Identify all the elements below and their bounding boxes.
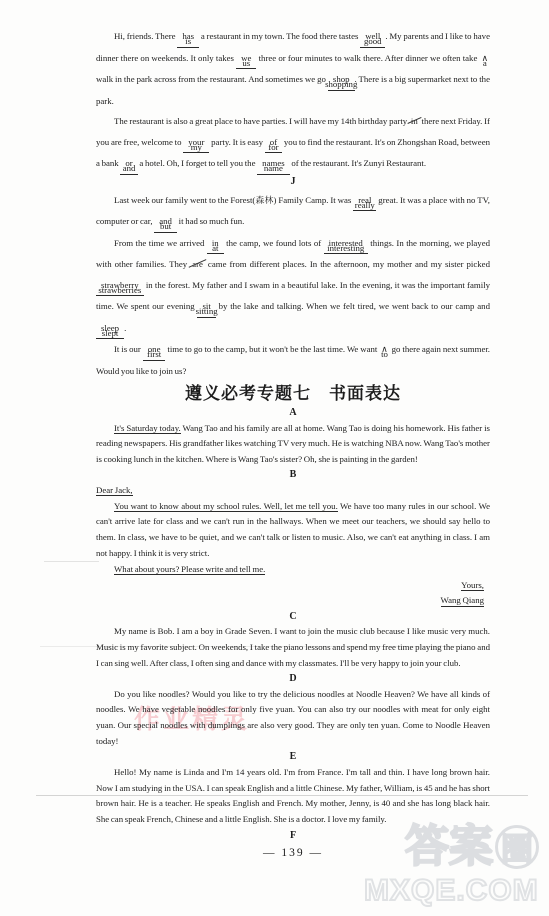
blank-answer: for <box>268 143 278 152</box>
section-letter: D <box>96 673 490 685</box>
underlined-text: It's Saturday today. <box>114 423 181 435</box>
passage-paragraph: Hello! My name is Linda and I'm 14 years… <box>96 765 490 828</box>
letter-salutation: Dear Jack, <box>96 483 490 499</box>
fill-blank: hasis <box>177 26 199 48</box>
passage-paragraph: You want to know about my school rules. … <box>96 499 490 562</box>
watermark-logo-circle-icon: 圈 <box>495 825 539 869</box>
blank-answer: at <box>212 244 218 253</box>
section-letter: E <box>96 751 490 763</box>
underlined-text: What about yours? Please write and tell … <box>114 564 265 576</box>
underlined-text: Dear Jack, <box>96 485 133 497</box>
passage-paragraph: My name is Bob. I am a boy in Grade Seve… <box>96 624 490 671</box>
blank-answer: us <box>242 59 250 68</box>
section-letter: C <box>96 611 490 623</box>
blank-answer: interesting <box>327 244 364 253</box>
watermark-site-text: MXQE.COM <box>364 874 539 908</box>
underlined-text: Yours, <box>461 580 484 592</box>
fill-blank: onefirst <box>143 339 166 361</box>
underlined-text: Wang Qiang <box>441 595 485 607</box>
section-letter: B <box>96 469 490 481</box>
letter-closing: Yours, <box>96 578 490 594</box>
exercise-paragraph: It is our onefirst time to go to the cam… <box>96 339 490 381</box>
blank-answer: sitting <box>196 307 218 316</box>
exercise-paragraph: Hi, friends. There hasis a restaurant in… <box>96 26 490 111</box>
fill-blank: offor <box>265 132 282 154</box>
blank-answer: first <box>147 350 161 359</box>
section-letter: J <box>96 176 490 188</box>
fill-blank: orand <box>120 153 137 175</box>
blank-answer: strawberries <box>98 286 141 295</box>
underlined-text: You want to know about my school rules. … <box>114 501 338 513</box>
passage-paragraph: Do you like noodles? Would you like to t… <box>96 687 490 750</box>
section-letter: A <box>96 407 490 419</box>
passage-paragraph: It's Saturday today. Wang Tao and his fa… <box>96 421 490 468</box>
fill-blank: shopshopping <box>328 69 355 91</box>
fill-blank: andbut <box>154 211 177 233</box>
fill-blank: sitsitting <box>197 296 215 318</box>
insertion-caret: ∧a <box>480 48 490 69</box>
fill-blank: namesname <box>257 153 289 175</box>
blank-answer: my <box>191 143 202 152</box>
workbook-page: 作业精灵 答案 圈 MXQE.COM Hi, friends. There ha… <box>0 0 549 916</box>
blank-answer: but <box>160 222 171 231</box>
deleted-word: are <box>190 254 205 275</box>
caret-answer: to <box>381 350 388 359</box>
insertion-caret: ∧to <box>379 339 389 360</box>
fill-blank: interestedinteresting <box>324 233 368 255</box>
blank-answer: shopping <box>325 80 357 89</box>
passage-paragraph: What about yours? Please write and tell … <box>96 562 490 578</box>
fill-blank: yourmy <box>183 132 209 154</box>
exercise-paragraph: Last week our family went to the Forest(… <box>96 190 490 233</box>
fill-blank: sleepslept <box>96 318 124 340</box>
caret-answer: a <box>483 59 487 68</box>
fill-blank: realreally <box>353 190 376 212</box>
blank-answer: and <box>123 164 136 173</box>
fill-blank: weus <box>236 48 256 70</box>
deleted-word: in <box>409 111 420 132</box>
watermark-logo-characters: 答案 <box>405 824 493 870</box>
exercise-paragraph: The restaurant is also a great place to … <box>96 111 490 175</box>
blank-answer: slept <box>102 329 119 338</box>
main-heading: 遵义必考专题七 书面表达 <box>96 383 490 405</box>
watermark-logo: 答案 圈 <box>405 824 539 870</box>
blank-answer: is <box>185 37 191 46</box>
fill-blank: inat <box>207 233 224 255</box>
fill-blank: strawberrystrawberries <box>96 275 144 297</box>
letter-signature: Wang Qiang <box>96 593 490 609</box>
scan-artifact-line <box>44 561 99 562</box>
fill-blank: wellgood <box>360 26 385 48</box>
blank-answer: really <box>355 201 375 210</box>
blank-answer: name <box>264 164 283 173</box>
exercise-paragraph: From the time we arrived inat the camp, … <box>96 233 490 340</box>
blank-answer: good <box>364 37 382 46</box>
page-content: Hi, friends. There hasis a restaurant in… <box>96 26 490 860</box>
